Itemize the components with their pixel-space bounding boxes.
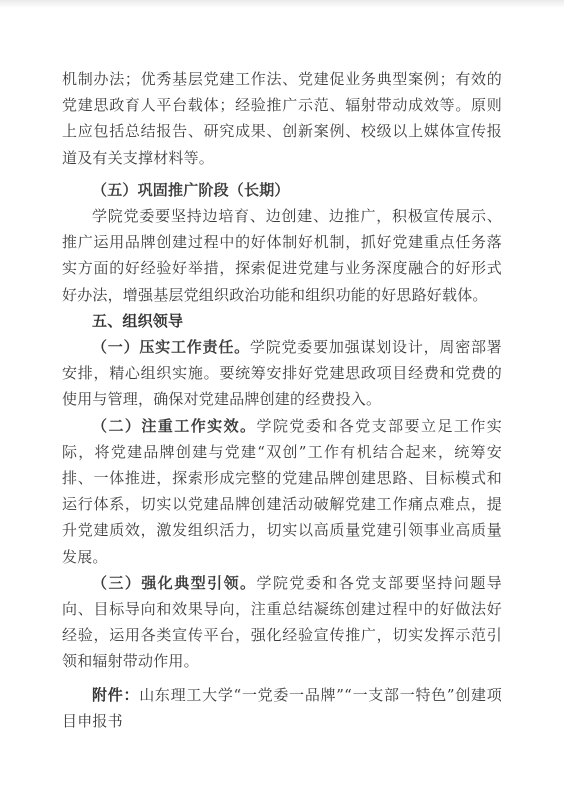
paragraph-lead: （三）强化典型引领。 xyxy=(92,574,257,592)
page-content: 机制办法；优秀基层党建工作法、党建促业务典型案例；有效的党建思政育人平台载体；经… xyxy=(62,66,502,734)
section-heading: 五、组织领导 xyxy=(62,308,502,334)
document-page: 机制办法；优秀基层党建工作法、党建促业务典型案例；有效的党建思政育人平台载体；经… xyxy=(0,0,564,800)
body-paragraph: （二）注重工作实效。学院党委和各党支部要立足工作实际，将党建品牌创建与党建“双创… xyxy=(62,413,502,570)
paragraph-lead: （一）压实工作责任。 xyxy=(92,338,250,356)
body-paragraph: （三）强化典型引领。学院党委和各党支部要坚持问题导向、目标导向和效果导向，注重总… xyxy=(62,570,502,675)
attachment-note: 附件：山东理工大学“一党委一品牌”“一支部一特色”创建项目申报书 xyxy=(62,682,502,734)
body-paragraph: 机制办法；优秀基层党建工作法、党建促业务典型案例；有效的党建思政育人平台载体；经… xyxy=(62,66,502,171)
page-top-edge-shadow xyxy=(0,0,564,8)
section-subheading: （五）巩固推广阶段（长期） xyxy=(62,177,502,203)
body-paragraph: 学院党委要坚持边培育、边创建、边推广，积极宣传展示、推广运用品牌创建过程中的好体… xyxy=(62,203,502,308)
paragraph-lead: （二）注重工作实效。 xyxy=(92,417,257,435)
paragraph-lead: 附件： xyxy=(92,686,139,704)
body-paragraph: （一）压实工作责任。学院党委要加强谋划设计，周密部署安排，精心组织实施。要统筹安… xyxy=(62,334,502,413)
